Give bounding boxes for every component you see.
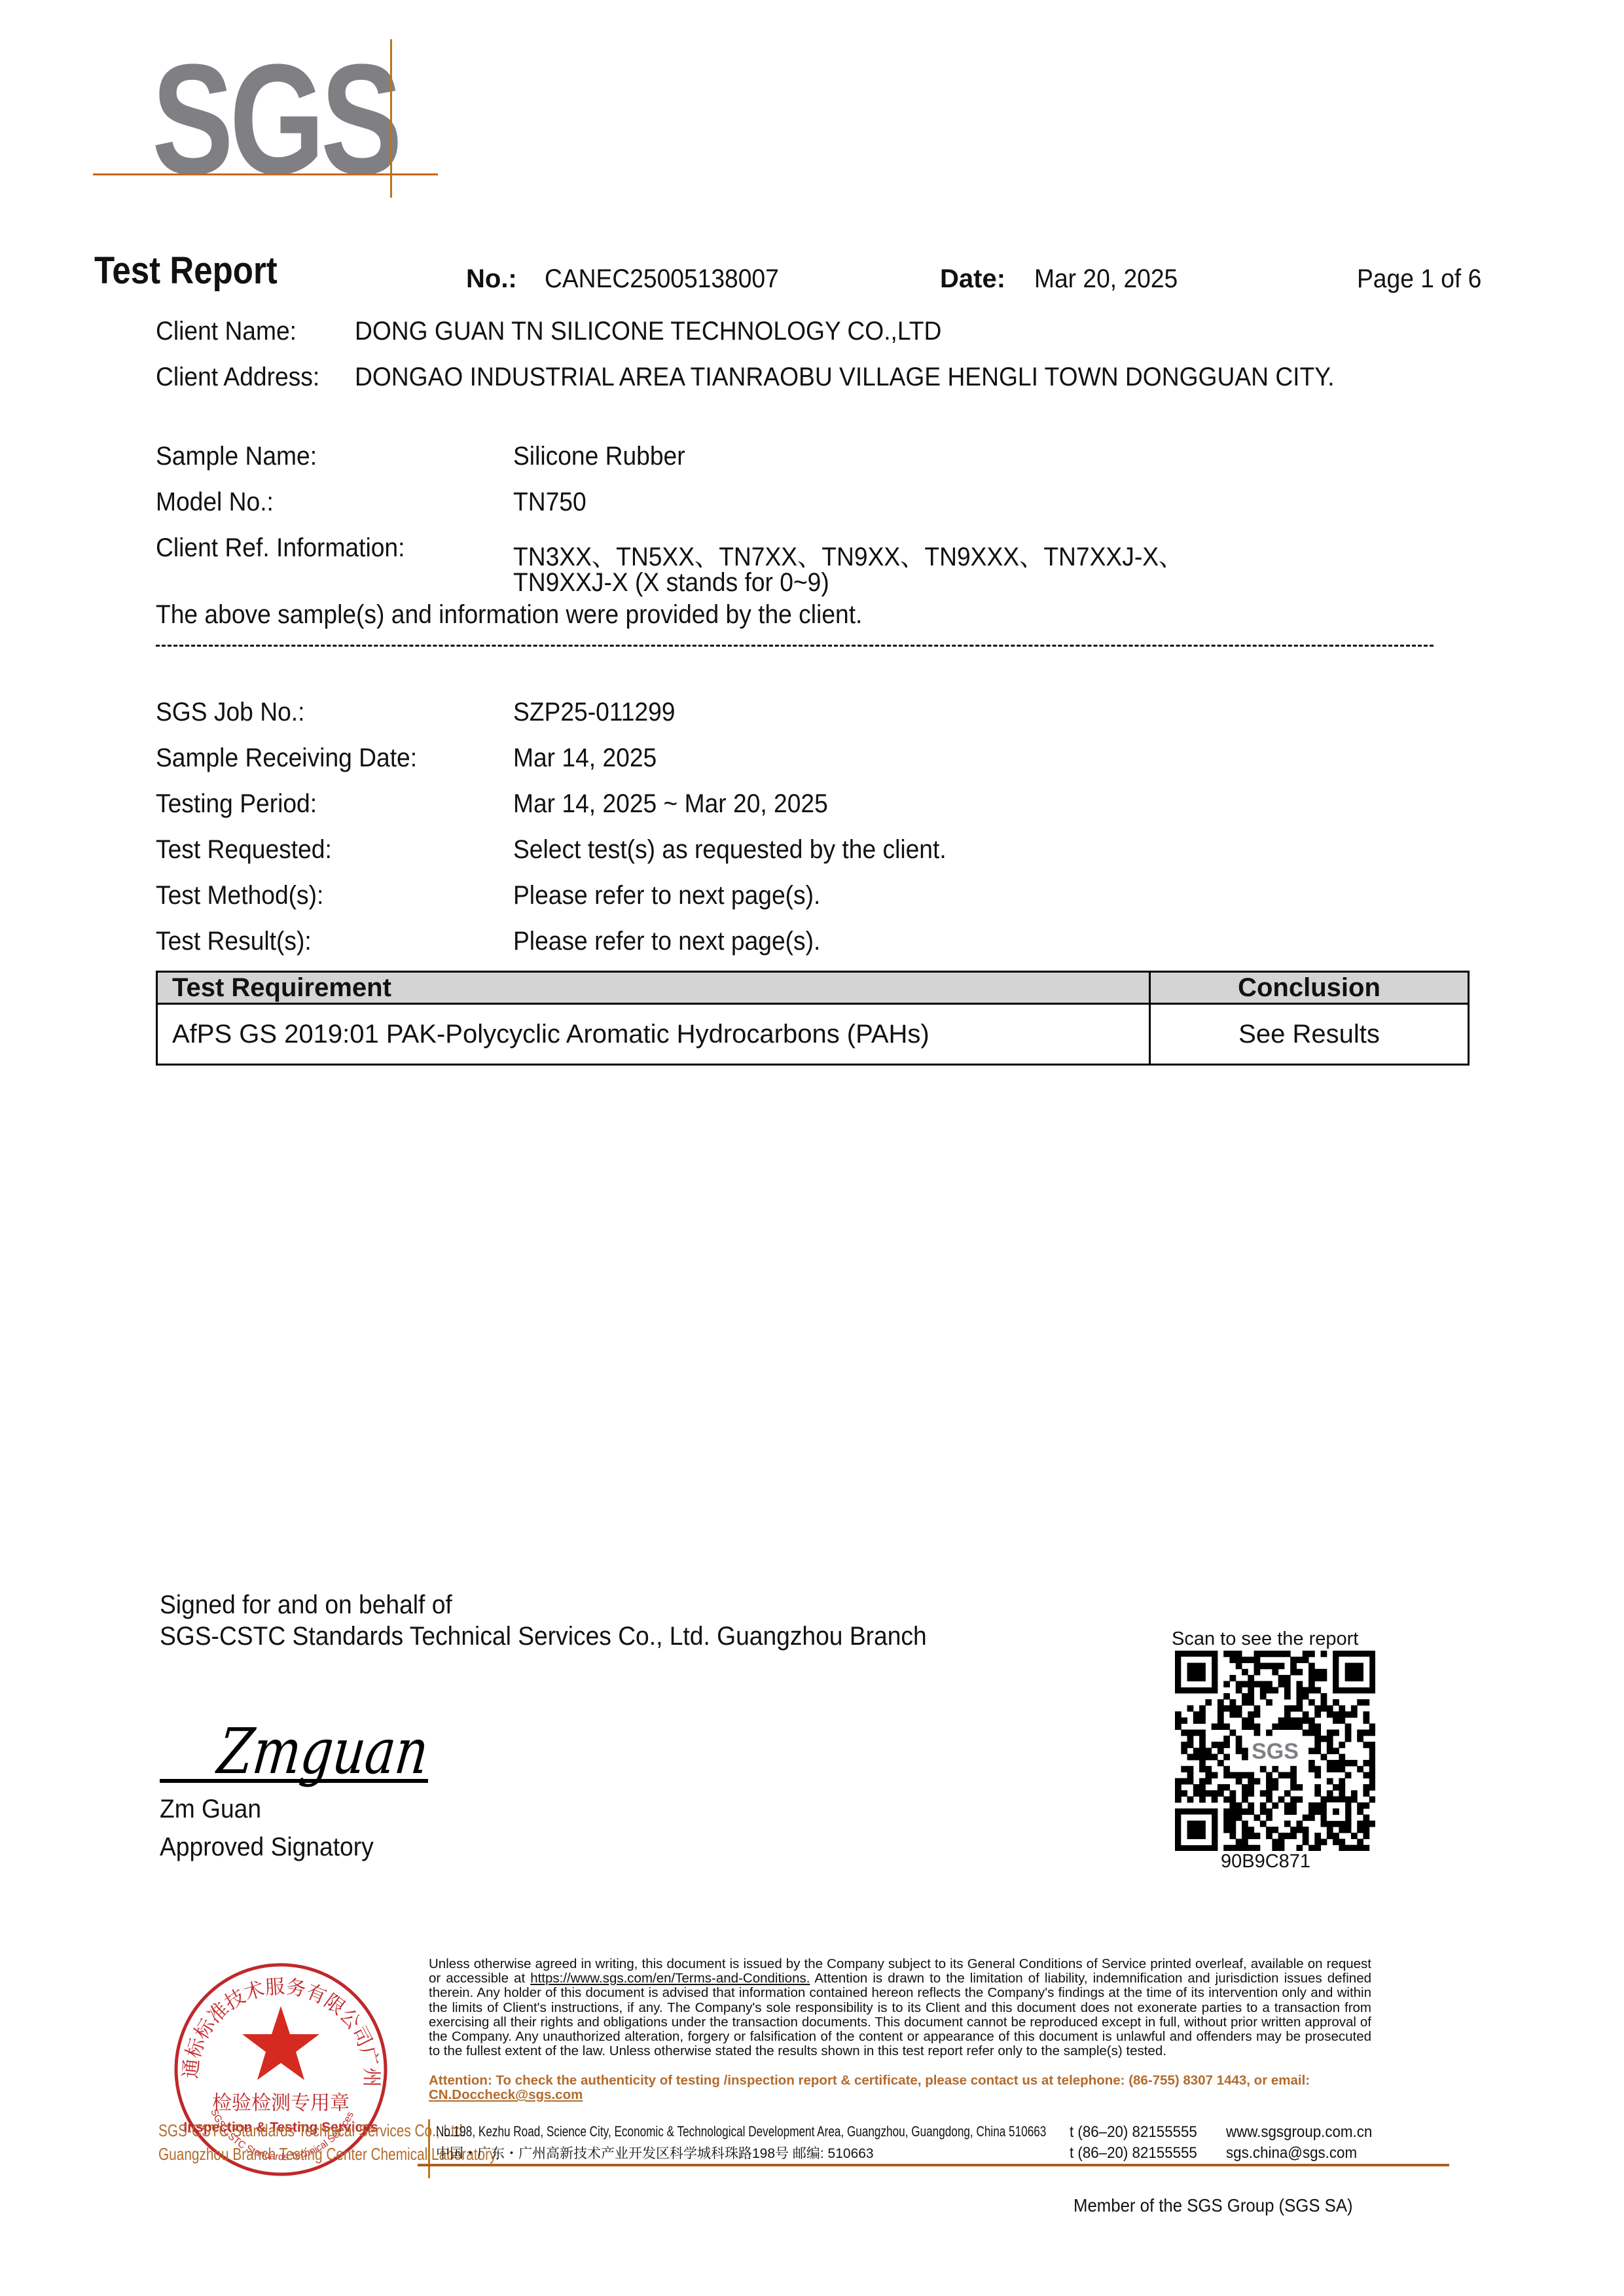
table-row: AfPS GS 2019:01 PAK-Polycyclic Aromatic …	[157, 1004, 1469, 1065]
sample-name: Silicone Rubber	[513, 442, 685, 471]
column-header-conclusion: Conclusion	[1150, 972, 1469, 1004]
client-ref-label: Client Ref. Information:	[156, 533, 405, 563]
svg-text:检验检测专用章: 检验检测专用章	[212, 2092, 350, 2115]
group-membership: Member of the SGS Group (SGS SA)	[1074, 2195, 1353, 2216]
phone-2: t (86–20) 82155555	[1070, 2144, 1197, 2162]
contact-email-link[interactable]: sgs.china@sgs.com	[1226, 2144, 1357, 2162]
job-field-label: Test Method(s):	[156, 881, 323, 910]
website-link[interactable]: www.sgsgroup.com.cn	[1226, 2123, 1372, 2142]
doccheck-email-link[interactable]: CN.Doccheck@sgs.com	[429, 2087, 583, 2102]
signatory-title: Approved Signatory	[160, 1833, 374, 1862]
client-ref-line2: TN9XXJ-X (X stands for 0~9)	[513, 568, 829, 598]
logo-horizontal-rule	[93, 173, 438, 175]
model-no-label: Model No.:	[156, 488, 274, 517]
signature-line	[160, 1779, 428, 1783]
job-field-label: Test Requested:	[156, 835, 332, 865]
column-header-test-requirement: Test Requirement	[157, 972, 1150, 1004]
qr-verification-code: 90B9C871	[1221, 1851, 1310, 1873]
page-indicator: Page 1 of 6	[1357, 264, 1481, 294]
model-no: TN750	[513, 488, 586, 517]
signatory-name: Zm Guan	[160, 1795, 261, 1824]
qr-code-icon[interactable]: SGS	[1175, 1651, 1375, 1851]
sample-name-label: Sample Name:	[156, 442, 317, 471]
handwritten-signature: Zmguan	[214, 1715, 432, 1788]
job-field-value: Please refer to next page(s).	[513, 927, 820, 956]
qr-caption: Scan to see the report	[1172, 1628, 1358, 1650]
client-name-label: Client Name:	[156, 317, 297, 346]
client-address: DONGAO INDUSTRIAL AREA TIANRAOBU VILLAGE…	[355, 363, 1335, 392]
legal-disclaimer: Unless otherwise agreed in writing, this…	[429, 1957, 1371, 2058]
job-field-value: Select test(s) as requested by the clien…	[513, 835, 947, 865]
client-address-label: Client Address:	[156, 363, 319, 392]
job-field-label: SGS Job No.:	[156, 698, 304, 727]
signing-company: SGS-CSTC Standards Technical Services Co…	[160, 1622, 927, 1651]
qr-center-logo: SGS	[1252, 1739, 1299, 1764]
section-divider	[156, 645, 1434, 647]
phone-1: t (86–20) 82155555	[1070, 2123, 1197, 2142]
job-field-value: Mar 14, 2025	[513, 744, 657, 773]
signed-on-behalf: Signed for and on behalf of	[160, 1590, 452, 1620]
client-name: DONG GUAN TN SILICONE TECHNOLOGY CO.,LTD	[355, 317, 941, 346]
conclusion-cell: See Results	[1150, 1004, 1469, 1065]
report-number-label: No.:	[466, 264, 517, 294]
report-date: Mar 20, 2025	[1034, 264, 1178, 294]
address-english: No.198, Kezhu Road, Science City, Econom…	[436, 2123, 1046, 2140]
address-chinese: 中国・广东・广州高新技术产业开发区科学城科珠路198号 邮编: 510663	[436, 2143, 874, 2162]
test-requirement-table: Test Requirement Conclusion AfPS GS 2019…	[156, 971, 1470, 1066]
job-field-label: Sample Receiving Date:	[156, 744, 417, 773]
footer-vertical-rule	[428, 2119, 430, 2178]
footer-horizontal-rule	[418, 2164, 1449, 2166]
date-label: Date:	[940, 264, 1005, 294]
sample-note: The above sample(s) and information were…	[156, 600, 862, 630]
test-requirement-cell: AfPS GS 2019:01 PAK-Polycyclic Aromatic …	[157, 1004, 1150, 1065]
logo-vertical-rule	[390, 39, 392, 198]
job-field-label: Testing Period:	[156, 789, 317, 819]
job-field-value: Please refer to next page(s).	[513, 881, 820, 910]
job-field-label: Test Result(s):	[156, 927, 312, 956]
report-number: CANEC25005138007	[545, 264, 779, 294]
star-icon	[242, 2006, 319, 2080]
authenticity-notice: Attention: To check the authenticity of …	[429, 2073, 1384, 2102]
document-title: Test Report	[94, 249, 278, 293]
job-field-value: Mar 14, 2025 ~ Mar 20, 2025	[513, 789, 828, 819]
terms-link[interactable]: https://www.sgs.com/en/Terms-and-Conditi…	[530, 1971, 810, 1986]
lab-name-line1: SGS-CSTC Standards Technical Services Co…	[158, 2121, 466, 2141]
job-field-value: SZP25-011299	[513, 698, 675, 727]
